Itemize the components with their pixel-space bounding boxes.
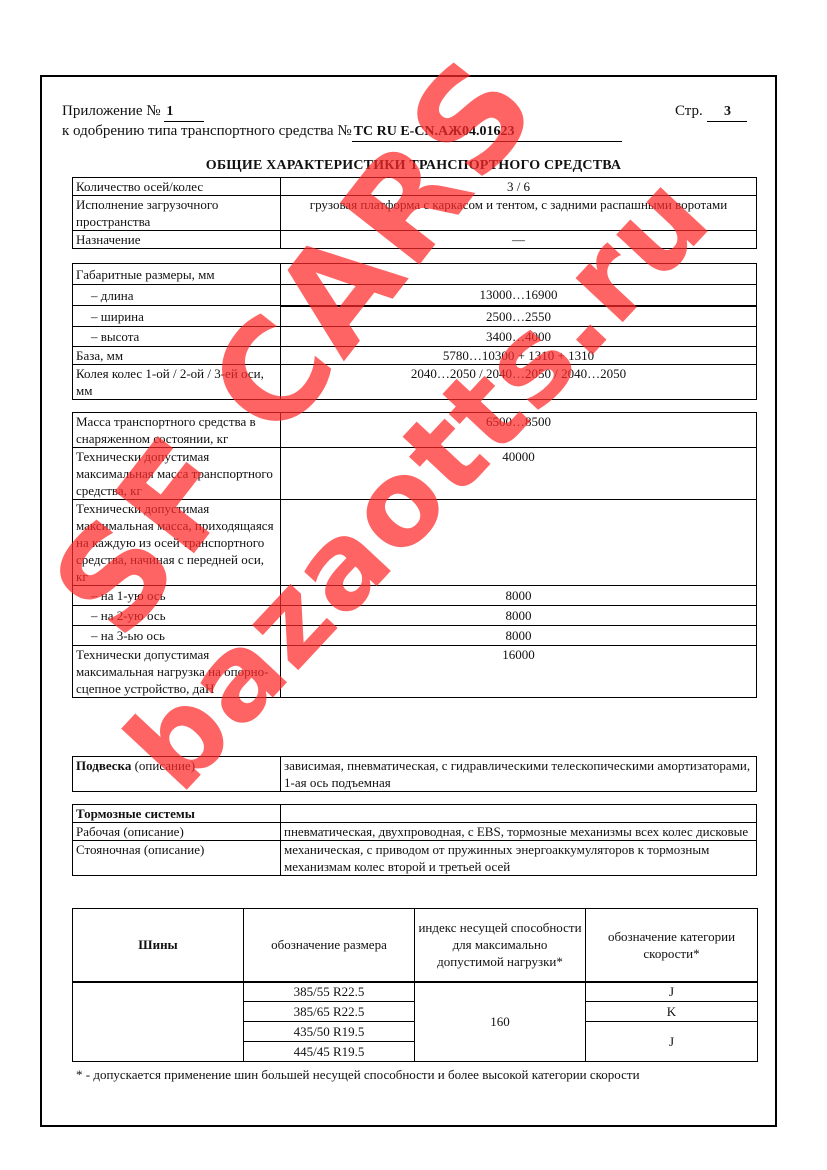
row-value: механическая, с приводом от пружинных эн… [281,841,757,876]
col-speed-header: обозначение категории скорости* [586,909,758,982]
speed-category: J [586,1022,758,1062]
row-value: — [281,231,757,249]
page-title: ОБЩИЕ ХАРАКТЕРИСТИКИ ТРАНСПОРТНОГО СРЕДС… [40,158,787,174]
page-number-line: Стр. 3 [675,102,747,122]
table-header-row: Шины обозначение размера индекс несущей … [73,909,758,982]
row-value: 8000 [281,586,757,606]
suspension-label-rest: (описание) [131,758,195,773]
row-label: Количество осей/колес [73,178,281,196]
row-value: 16000 [281,646,757,698]
row-label: Технически допустимая максимальная масса… [73,448,281,500]
row-label: – на 3-ью ось [73,626,281,646]
table-row: – на 2-ую ось 8000 [73,606,757,626]
table-row: Рабочая (описание) пневматическая, двухп… [73,823,757,841]
approval-label: к одобрению типа транспортного средства … [62,123,352,139]
tire-size: 435/50 R19.5 [244,1022,415,1042]
row-label: Масса транспортного средства в снаряженн… [73,413,281,448]
table-row: – длина 13000…16900 [73,285,757,306]
row-value: 8000 [281,606,757,626]
row-label: – ширина [73,306,281,327]
table-row: – ширина 2500…2550 [73,306,757,327]
table-row: Технически допустимая максимальная масса… [73,500,757,586]
row-value: 3400…4000 [281,327,757,347]
row-label: Технически допустимая максимальная нагру… [73,646,281,698]
load-index: 160 [415,982,586,1062]
table-row: – на 1-ую ось 8000 [73,586,757,606]
suspension-table: Подвеска (описание) зависимая, пневматич… [72,756,757,792]
row-value: 5780…10300 + 1310 + 1310 [281,347,757,365]
approval-number: TC RU E-CN.AЖ04.01623 [352,123,622,142]
footnote: * - допускается применение шин большей н… [76,1066,716,1083]
row-label: Назначение [73,231,281,249]
general-table: Количество осей/колес 3 / 6 Исполнение з… [72,177,757,249]
table-row: Исполнение загрузочного пространства гру… [73,196,757,231]
table-row: Подвеска (описание) зависимая, пневматич… [73,757,757,792]
row-label: – длина [73,285,281,306]
row-label: Подвеска (описание) [73,757,281,792]
row-value: 2500…2550 [281,306,757,327]
table-row: 385/55 R22.5 160 J [73,982,758,1002]
table-row: – высота 3400…4000 [73,327,757,347]
table-row: База, мм 5780…10300 + 1310 + 1310 [73,347,757,365]
page-label: Стр. [675,103,703,119]
row-value: пневматическая, двухпроводная, с EBS, то… [281,823,757,841]
tires-table: Шины обозначение размера индекс несущей … [72,908,758,1062]
table-row: Назначение — [73,231,757,249]
speed-category: J [586,982,758,1002]
row-label: Исполнение загрузочного пространства [73,196,281,231]
approval-line: к одобрению типа транспортного средства … [62,122,622,142]
row-label: Колея колес 1-ой / 2-ой / 3-ей оси, мм [73,365,281,400]
appendix-label: Приложение № [62,103,161,119]
suspension-label-bold: Подвеска [76,758,131,773]
brakes-title: Тормозные системы [73,805,281,823]
col-load-header: индекс несущей способности для максималь… [415,909,586,982]
row-label: – на 1-ую ось [73,586,281,606]
row-label: Габаритные размеры, мм [73,264,281,285]
tires-title: Шины [73,909,244,982]
appendix-number: 1 [164,103,204,122]
tire-size: 385/65 R22.5 [244,1002,415,1022]
row-value: 8000 [281,626,757,646]
brakes-table: Тормозные системы Рабочая (описание) пне… [72,804,757,876]
row-value: 40000 [281,448,757,500]
row-value [281,805,757,823]
row-label: Стояночная (описание) [73,841,281,876]
table-row: Габаритные размеры, мм [73,264,757,285]
dimensions-table: Габаритные размеры, мм – длина 13000…169… [72,263,757,400]
page-number: 3 [707,103,747,122]
row-value: грузовая платформа с каркасом и тентом, … [281,196,757,231]
tire-size: 445/45 R19.5 [244,1042,415,1062]
tire-size: 385/55 R22.5 [244,982,415,1002]
col-size-header: обозначение размера [244,909,415,982]
row-value: зависимая, пневматическая, с гидравличес… [281,757,757,792]
table-row: Технически допустимая максимальная масса… [73,448,757,500]
row-value: 3 / 6 [281,178,757,196]
masses-table: Масса транспортного средства в снаряженн… [72,412,757,698]
table-row: Колея колес 1-ой / 2-ой / 3-ей оси, мм 2… [73,365,757,400]
row-value: 6500…8500 [281,413,757,448]
row-value: 13000…16900 [281,285,757,306]
row-label: – высота [73,327,281,347]
row-label: Рабочая (описание) [73,823,281,841]
row-value [281,500,757,586]
row-value: 2040…2050 / 2040…2050 / 2040…2050 [281,365,757,400]
row-label: – на 2-ую ось [73,606,281,626]
table-row: Масса транспортного средства в снаряженн… [73,413,757,448]
table-row: Стояночная (описание) механическая, с пр… [73,841,757,876]
row-value [281,264,757,285]
row-label: Технически допустимая максимальная масса… [73,500,281,586]
tires-blank-cell [73,982,244,1062]
table-row: Технически допустимая максимальная нагру… [73,646,757,698]
row-label: База, мм [73,347,281,365]
table-row: – на 3-ью ось 8000 [73,626,757,646]
table-row: Количество осей/колес 3 / 6 [73,178,757,196]
speed-category: K [586,1002,758,1022]
table-row: Тормозные системы [73,805,757,823]
appendix-line: Приложение № 1 [62,102,204,122]
